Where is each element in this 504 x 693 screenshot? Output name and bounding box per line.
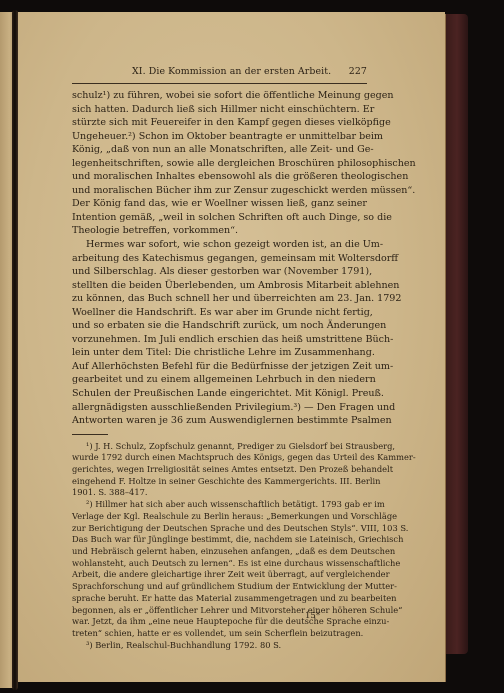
body-line: sich hatten. Dadurch ließ sich Hillmer n… (72, 103, 367, 117)
footnote-line: ³) Berlin, Realschul-Buchhandlung 1792. … (72, 640, 367, 652)
body-line: gearbeitet und zu einem allgemeinen Lehr… (72, 373, 367, 387)
book-cover (446, 14, 468, 654)
footnote-line: sprache beruht. Er hatte das Material zu… (72, 593, 367, 605)
body-line: König, „daß von nun an alle Monatschrift… (72, 143, 367, 157)
footnote-line: und Hebräisch gelernt haben, einzusehen … (72, 546, 367, 558)
footnote-line: ¹) J. H. Schulz, Zopfschulz genannt, Pre… (72, 441, 367, 453)
footnotes: ¹) J. H. Schulz, Zopfschulz genannt, Pre… (72, 441, 367, 652)
body-line: schulz¹) zu führen, wobei sie sofort die… (72, 89, 367, 103)
signature-mark: 15* (305, 611, 320, 621)
body-line: und moralischen Bücher ihm zur Zensur zu… (72, 184, 367, 198)
body-line: Der König fand das, wie er Woellner wiss… (72, 197, 367, 211)
body-line: Antworten waren je 36 zum Auswendiglerne… (72, 414, 367, 428)
body-line: lein unter dem Titel: Die christliche Le… (72, 346, 367, 360)
footnote-line: ²) Hillmer hat sich aber auch wissenscha… (72, 499, 367, 511)
page-number: 227 (349, 66, 367, 77)
running-head: XI. Die Kommission an der ersten Arbeit.… (72, 66, 367, 84)
footnote-line: war. Jetzt, da ihm „eine neue Hauptepoch… (72, 616, 367, 628)
body-line: arbeitung des Katechismus gegangen, geme… (72, 252, 367, 266)
page-content: XI. Die Kommission an der ersten Arbeit.… (72, 66, 367, 651)
footnote-line: gerichtes, wegen Irreligiosität seines A… (72, 464, 367, 476)
footnote-line: begonnen, als er „öffentlicher Lehrer un… (72, 605, 367, 617)
body-line: Theologie betreffen, vorkommen“. (72, 224, 367, 238)
body-line: Schulen der Preußischen Lande eingericht… (72, 387, 367, 401)
body-line: Hermes war sofort, wie schon gezeigt wor… (72, 238, 367, 252)
footnote-divider (72, 434, 108, 435)
footnote-line: Verlage der Kgl. Realschule zu Berlin he… (72, 511, 367, 523)
chapter-title: XI. Die Kommission an der ersten Arbeit. (132, 66, 331, 77)
body-text: schulz¹) zu führen, wobei sie sofort die… (72, 89, 367, 428)
body-line: Ungeheuer.²) Schon im Oktober beantragte… (72, 130, 367, 144)
body-line: stellten die beiden Überlebenden, um Amb… (72, 279, 367, 293)
body-line: allergnädigsten ausschließenden Privileg… (72, 401, 367, 415)
body-line: und so erbaten sie die Handschrift zurüc… (72, 319, 367, 333)
body-line: legenheitschriften, sowie alle dergleich… (72, 157, 367, 171)
footnote-line: zur Berichtigung der Deutschen Sprache u… (72, 523, 367, 535)
footnote-line: eingehend F. Holtze in seiner Geschichte… (72, 476, 367, 488)
footnote-line: wurde 1792 durch einen Machtspruch des K… (72, 452, 367, 464)
footnote-line: 1901. S. 388–417. (72, 487, 367, 499)
body-line: Auf Allerhöchsten Befehl für die Bedürfn… (72, 360, 367, 374)
body-line: Woellner die Handschrift. Es war aber im… (72, 306, 367, 320)
body-line: und Silberschlag. Als dieser gestorben w… (72, 265, 367, 279)
body-line: vorzunehmen. Im Juli endlich erschien da… (72, 333, 367, 347)
footnote-line: wohlansteht, auch Deutsch zu lernen“. Es… (72, 558, 367, 570)
body-line: zu können, das Buch schnell her und über… (72, 292, 367, 306)
body-line: und moralischen Inhaltes ebensowohl als … (72, 170, 367, 184)
body-line: Intention gemäß, „weil in solchen Schrif… (72, 211, 367, 225)
footnote-line: treten“ schien, hatte er es vollendet, u… (72, 628, 367, 640)
body-line: stürzte sich mit Feuereifer in den Kampf… (72, 116, 367, 130)
footnote-line: Das Buch war für Jünglinge bestimmt, die… (72, 534, 367, 546)
footnote-line: Arbeit, die andere gleichartige ihrer Ze… (72, 569, 367, 581)
footnote-line: Sprachforschung und auf gründlichem Stud… (72, 581, 367, 593)
